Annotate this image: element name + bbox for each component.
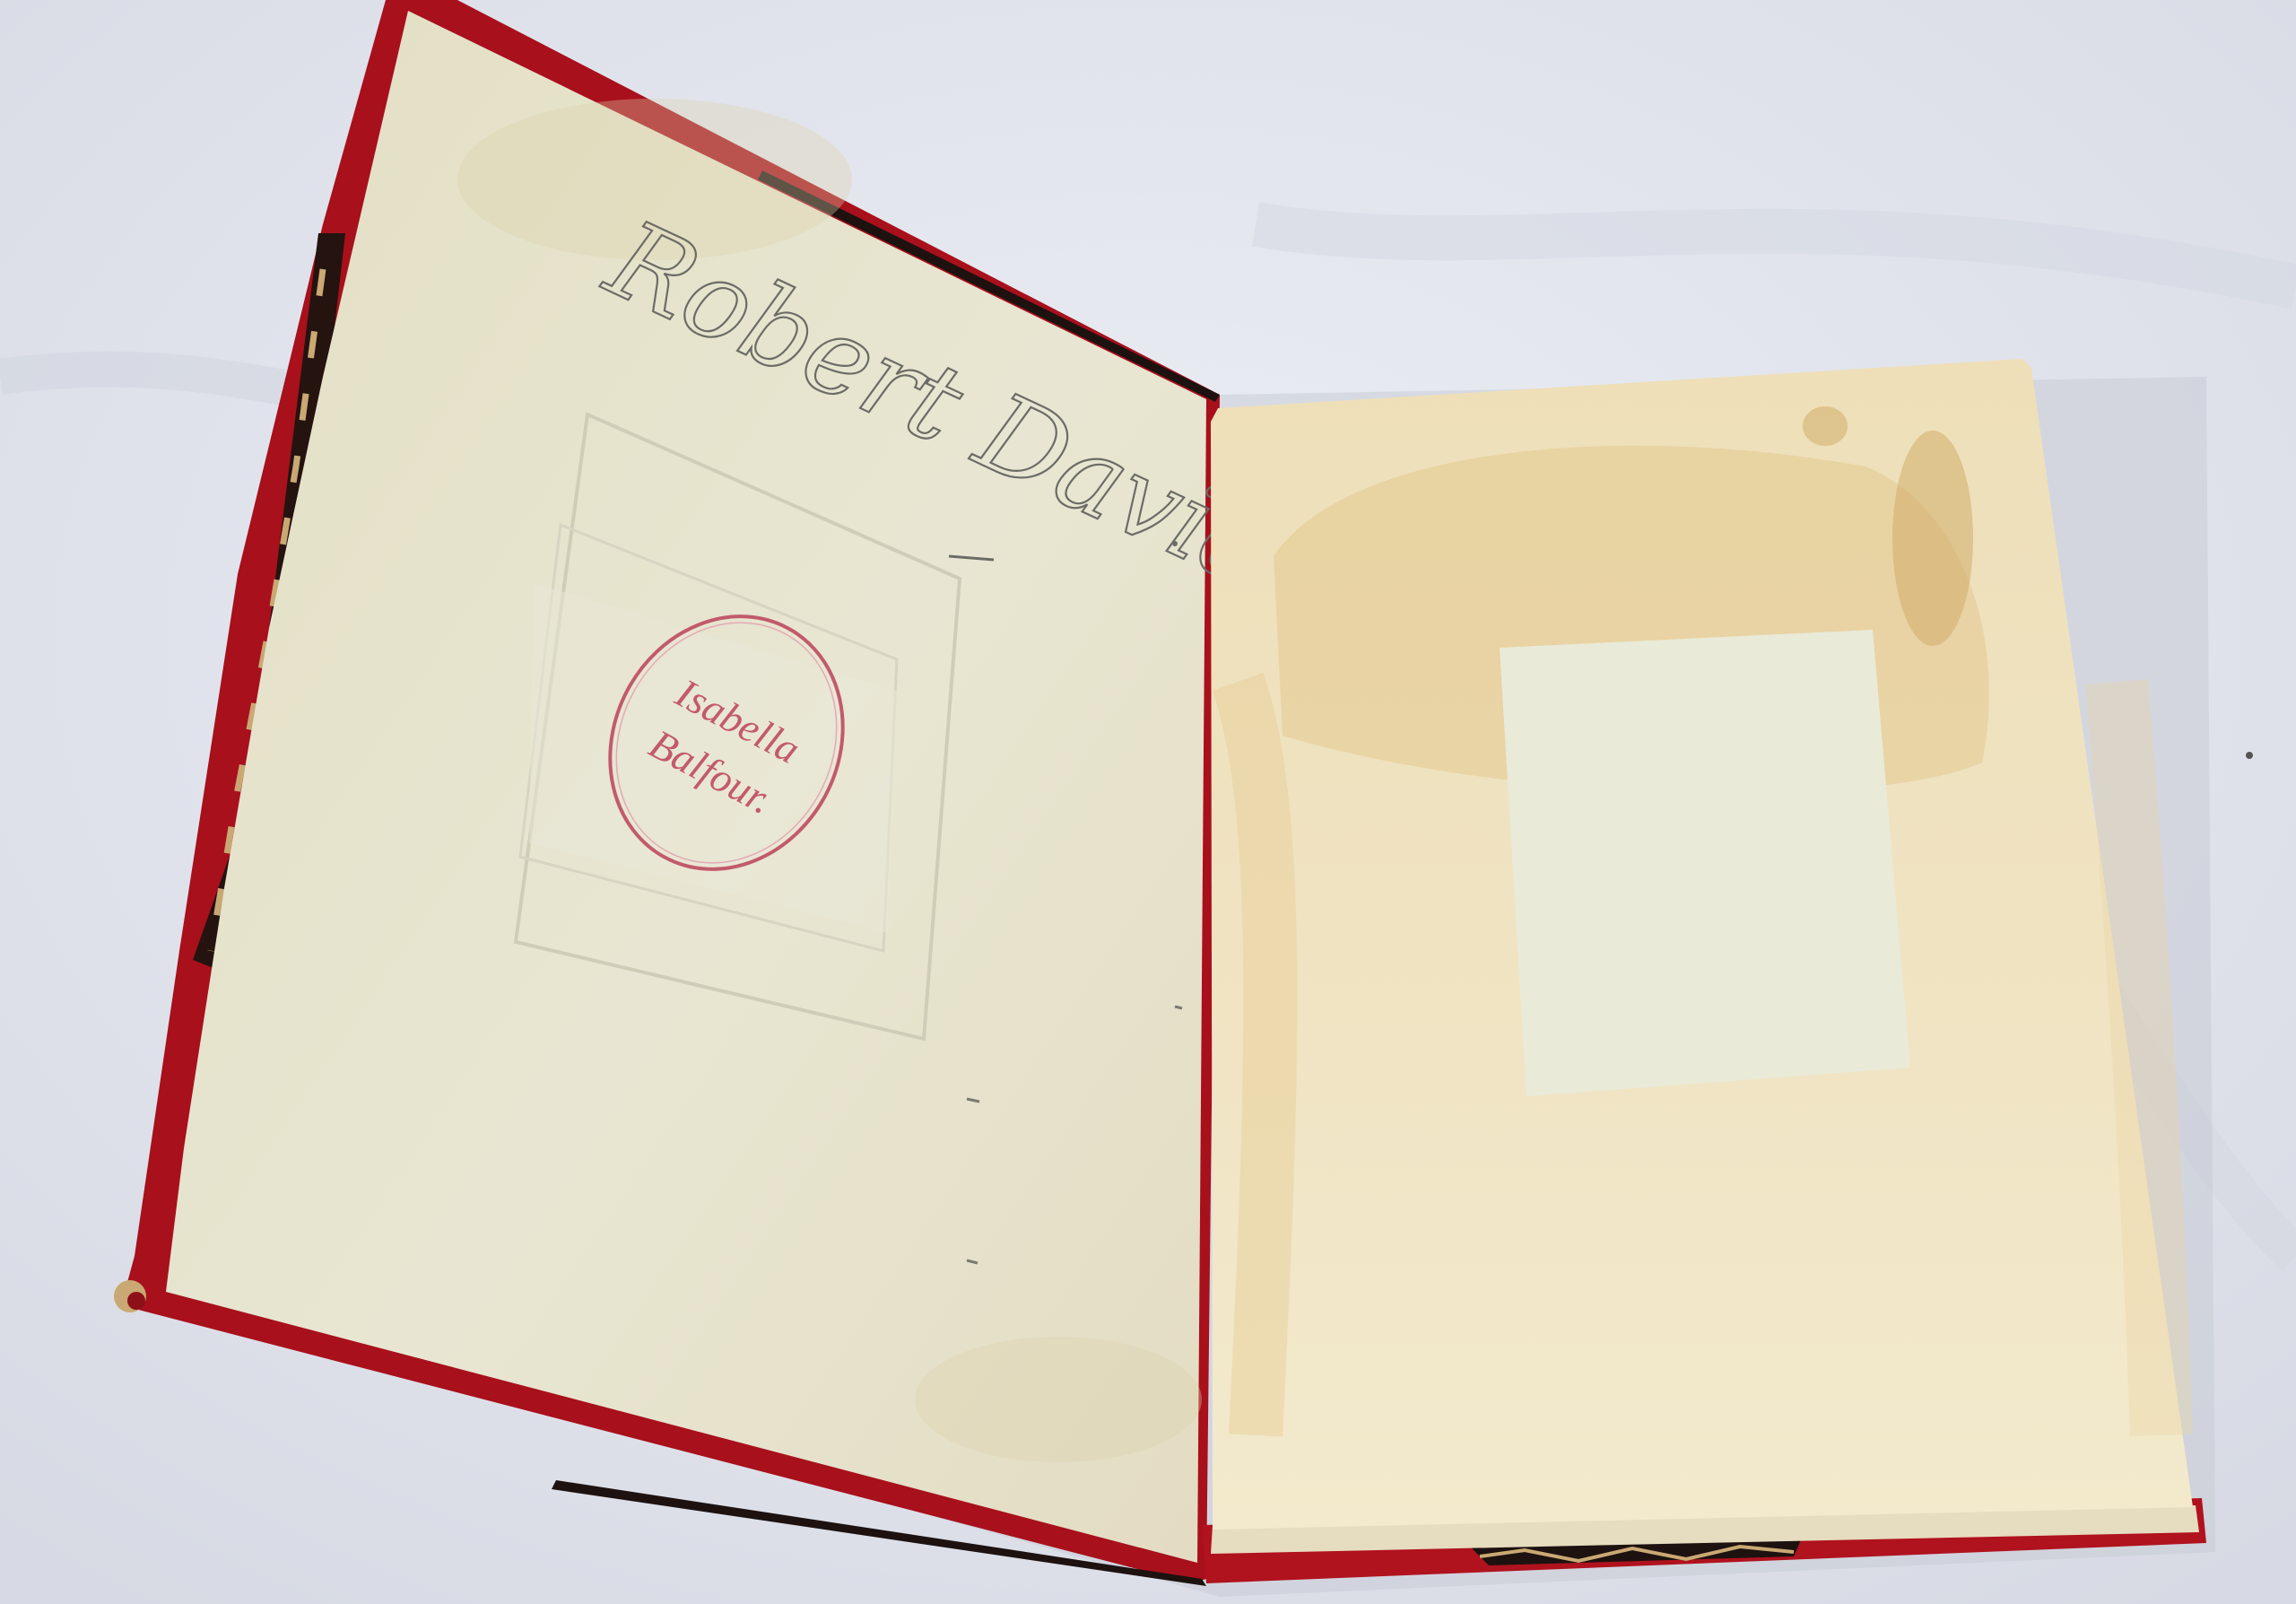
book-illustration: Robert David Isabella Balfour. bbox=[0, 0, 2296, 1604]
book-photo: Robert David Isabella Balfour. bbox=[0, 0, 2296, 1604]
removed-plate-ghost bbox=[1500, 630, 1910, 1096]
